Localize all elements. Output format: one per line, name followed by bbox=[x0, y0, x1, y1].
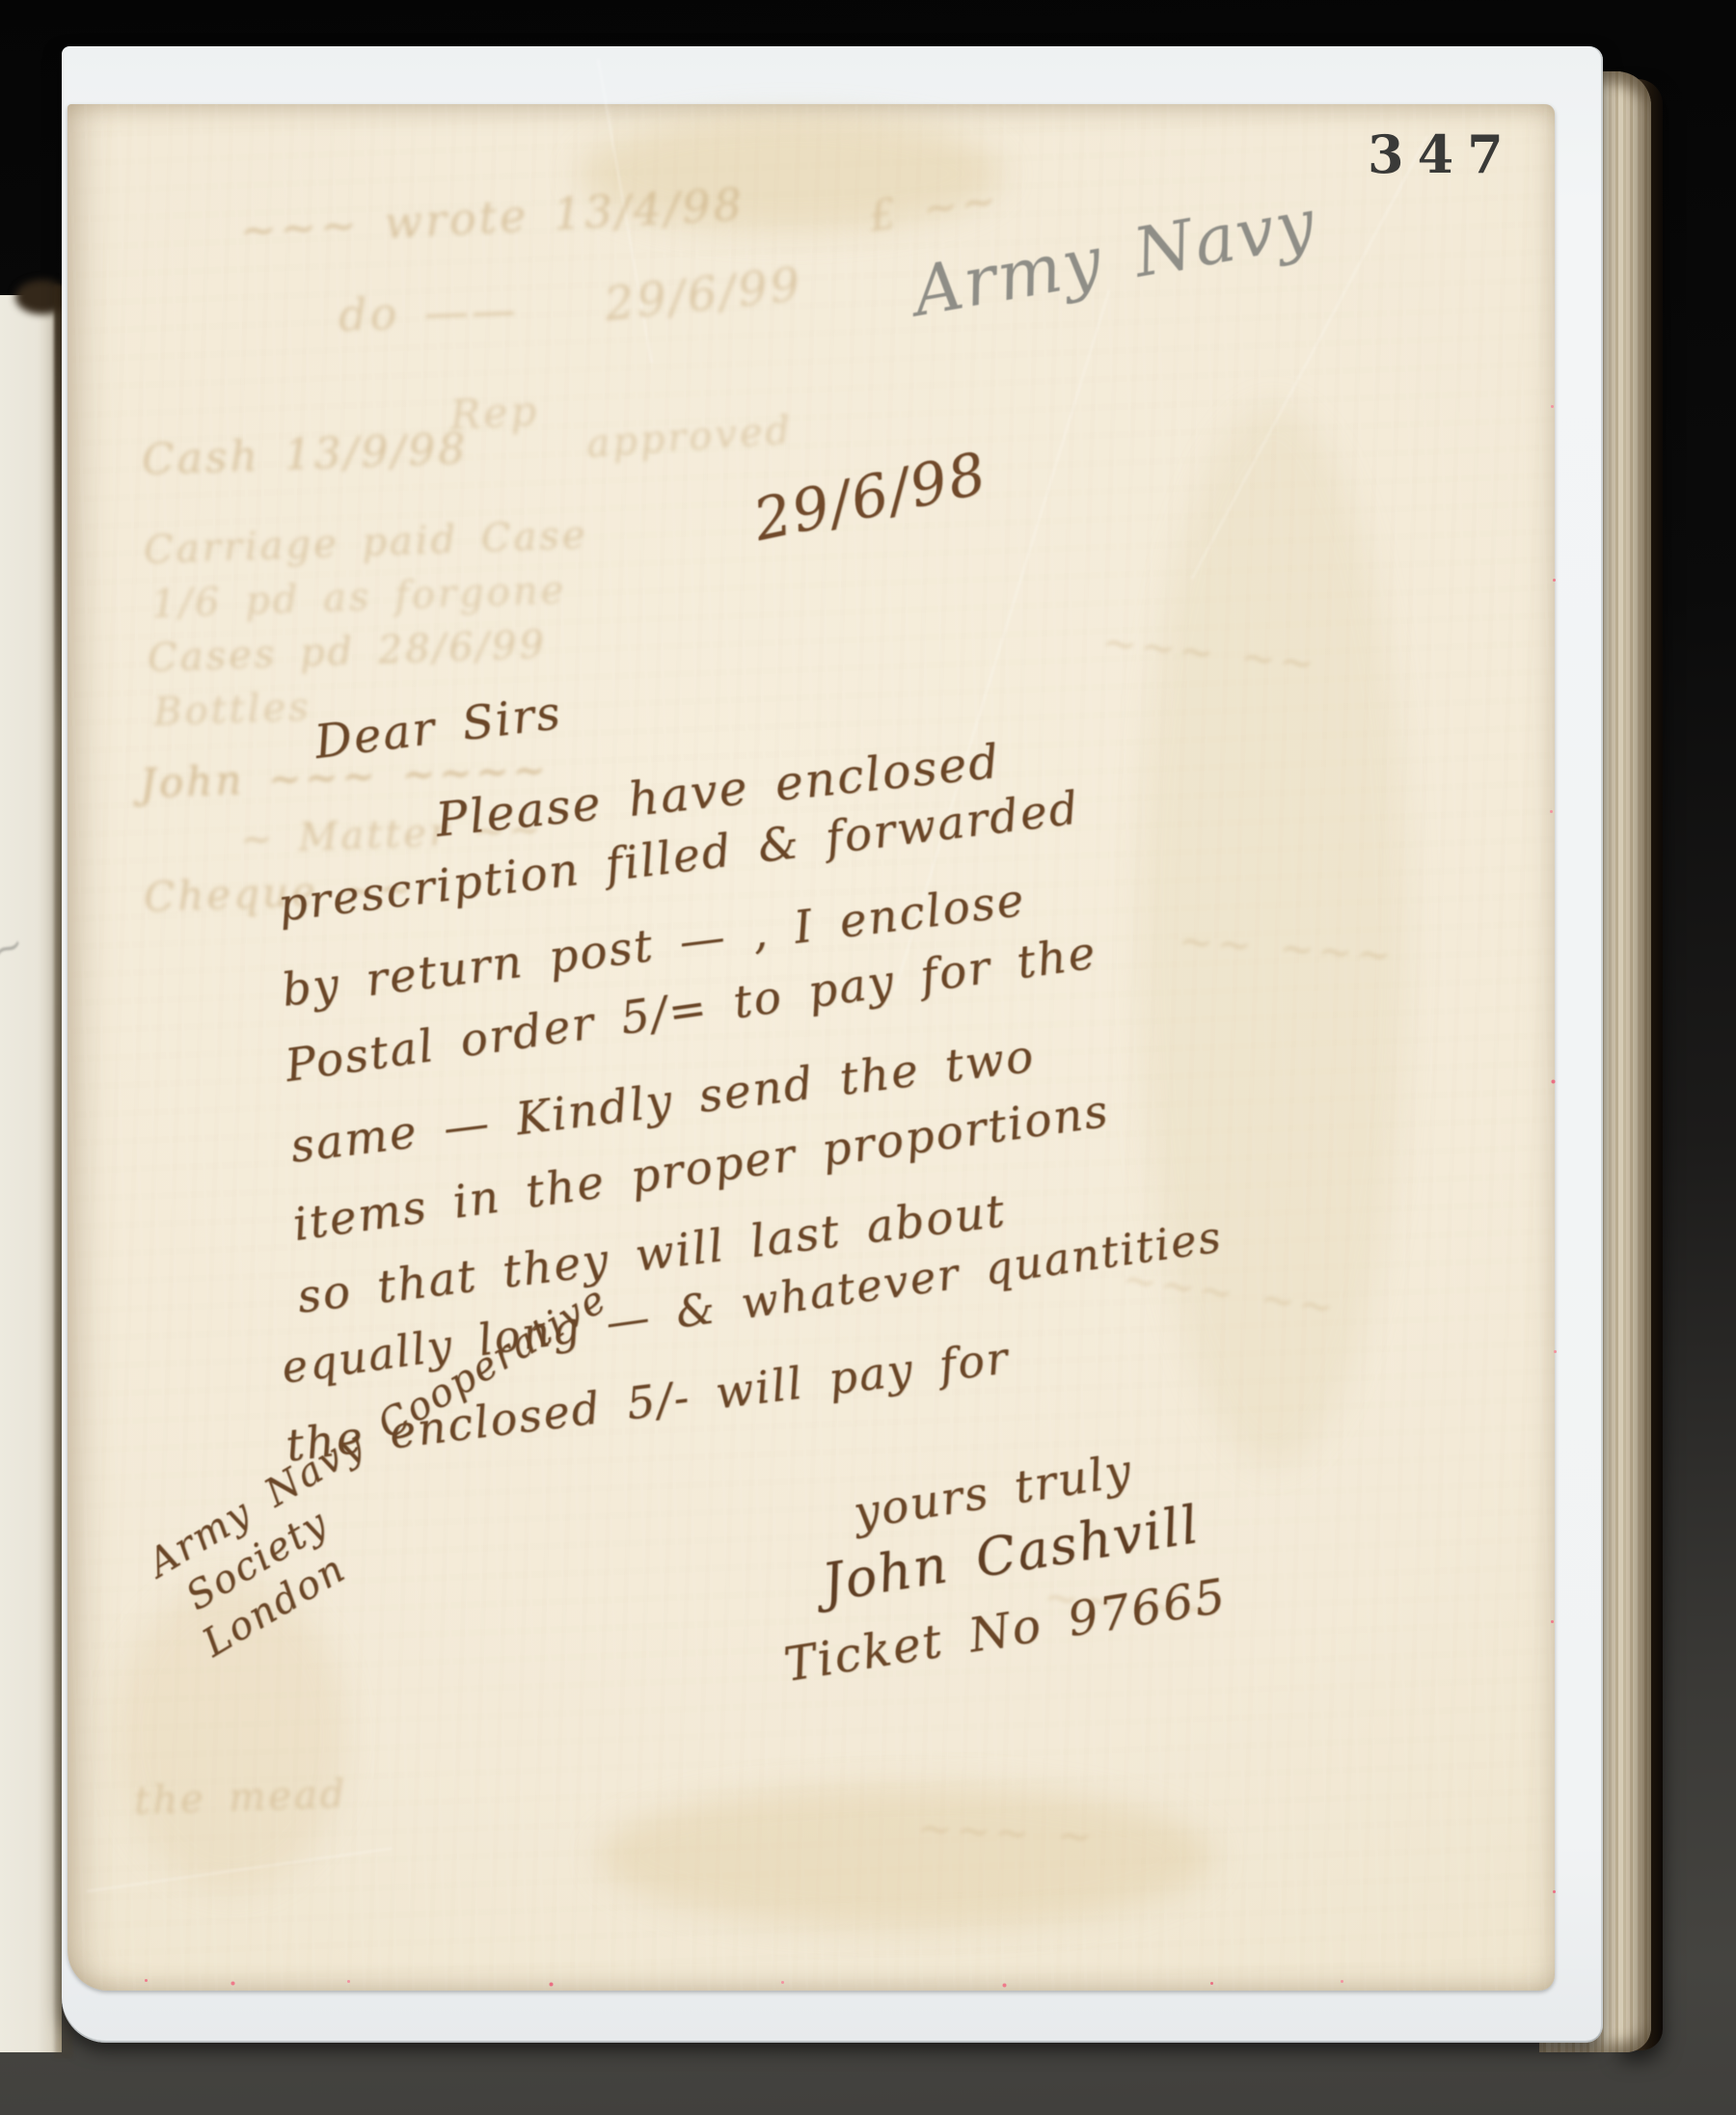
paper-fleck-row-bottom bbox=[145, 1979, 148, 1982]
bleedthrough-line: do —— bbox=[338, 284, 520, 341]
paper-fleck-row-right bbox=[1551, 405, 1554, 408]
page-number-stamp: 347 bbox=[1368, 123, 1517, 185]
facing-page-sliver bbox=[0, 295, 62, 2052]
bleedthrough-line: Bottles bbox=[152, 685, 312, 735]
bleedthrough-line: ~~~ ~ bbox=[916, 1803, 1097, 1862]
paper-stain bbox=[598, 1784, 1215, 1929]
photo-backdrop: ~ ~~~ wrote 13/4/98 do —— 29/6/99 £ ~~ R… bbox=[0, 0, 1736, 2115]
bleedthrough-line: the mead bbox=[133, 1772, 348, 1824]
